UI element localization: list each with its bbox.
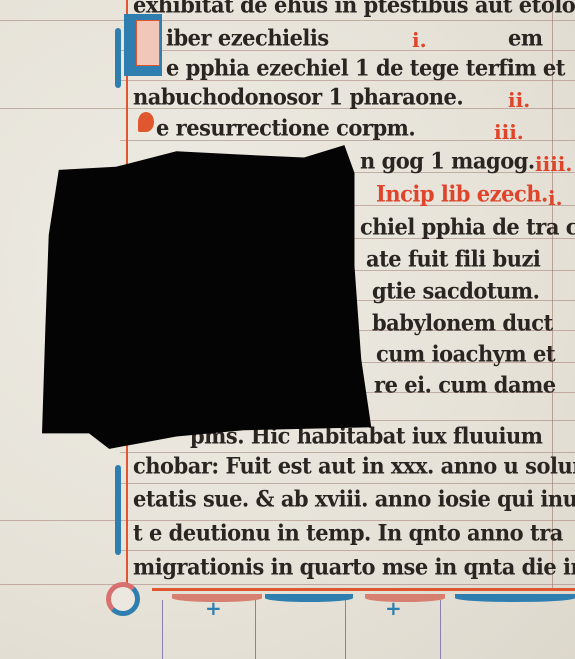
ruling-line: [0, 584, 575, 585]
text-line: re ei. cum dame: [374, 373, 556, 396]
text-line: chobar: Fuit est aut in xxx. anno u solu…: [133, 454, 575, 477]
chapter-numeral: ii.: [508, 88, 530, 112]
text-line: ate fuit fili buzi: [366, 247, 540, 270]
text-line: t e deutionu in temp. In qnto anno tra: [133, 521, 563, 544]
text-line: e resurrectione corpm.: [156, 116, 415, 139]
blue-swag: [265, 594, 353, 602]
text-line: nabuchodonosor 1 pharaone.: [133, 85, 463, 108]
rosette-ornament: [106, 582, 140, 616]
text-line: cum ioachym et: [376, 342, 555, 365]
blue-flourish: [115, 465, 121, 555]
blue-cross-ornament: +: [205, 596, 222, 620]
text-line: gtie sacdotum.: [372, 279, 539, 302]
pen-flourish-stem: [440, 600, 441, 659]
ruling-line: [0, 20, 575, 21]
blue-swag: [455, 594, 575, 602]
chapter-numeral: iiii.: [535, 152, 572, 176]
ruling-line: [120, 483, 575, 484]
bottom-border-bar: [152, 588, 575, 591]
red-swag: [365, 594, 445, 602]
chapter-numeral: iii.: [494, 120, 524, 144]
decorated-initial-L: [124, 14, 162, 76]
black-patch: [42, 142, 378, 452]
pen-flourish-stem: [255, 600, 256, 659]
text-line: migrationis in quarto mse in qnta die in: [133, 555, 575, 578]
blue-flourish: [115, 28, 121, 88]
blue-cross-ornament: +: [385, 596, 402, 620]
manuscript-page: exhibitat de ehus in ptestibus aut etolo…: [0, 0, 575, 659]
decorated-initial-D: [138, 112, 154, 132]
text-line: e pphia ezechiel 1 de tege terfim et: [166, 56, 565, 79]
chapter-numeral: i.: [412, 28, 427, 52]
text-line: babylonem duct: [372, 311, 553, 334]
text-line: exhibitat de ehus in ptestibus aut etolo…: [133, 0, 575, 16]
text-line: chiel pphia de tra ci: [360, 215, 575, 238]
text-line: iber ezechielis: [166, 26, 329, 49]
pen-flourish-stem: [162, 600, 163, 659]
text-line: n gog 1 magog.: [360, 149, 535, 172]
chapter-numeral: i.: [548, 186, 563, 210]
rubric-line: Incip lib ezech.: [376, 182, 548, 205]
pen-flourish-stem: [345, 600, 346, 659]
text-line: etatis sue. & ab xviii. anno iosie qui i…: [133, 487, 575, 510]
ruling-line: [120, 550, 575, 551]
line-ending: em: [508, 26, 543, 49]
